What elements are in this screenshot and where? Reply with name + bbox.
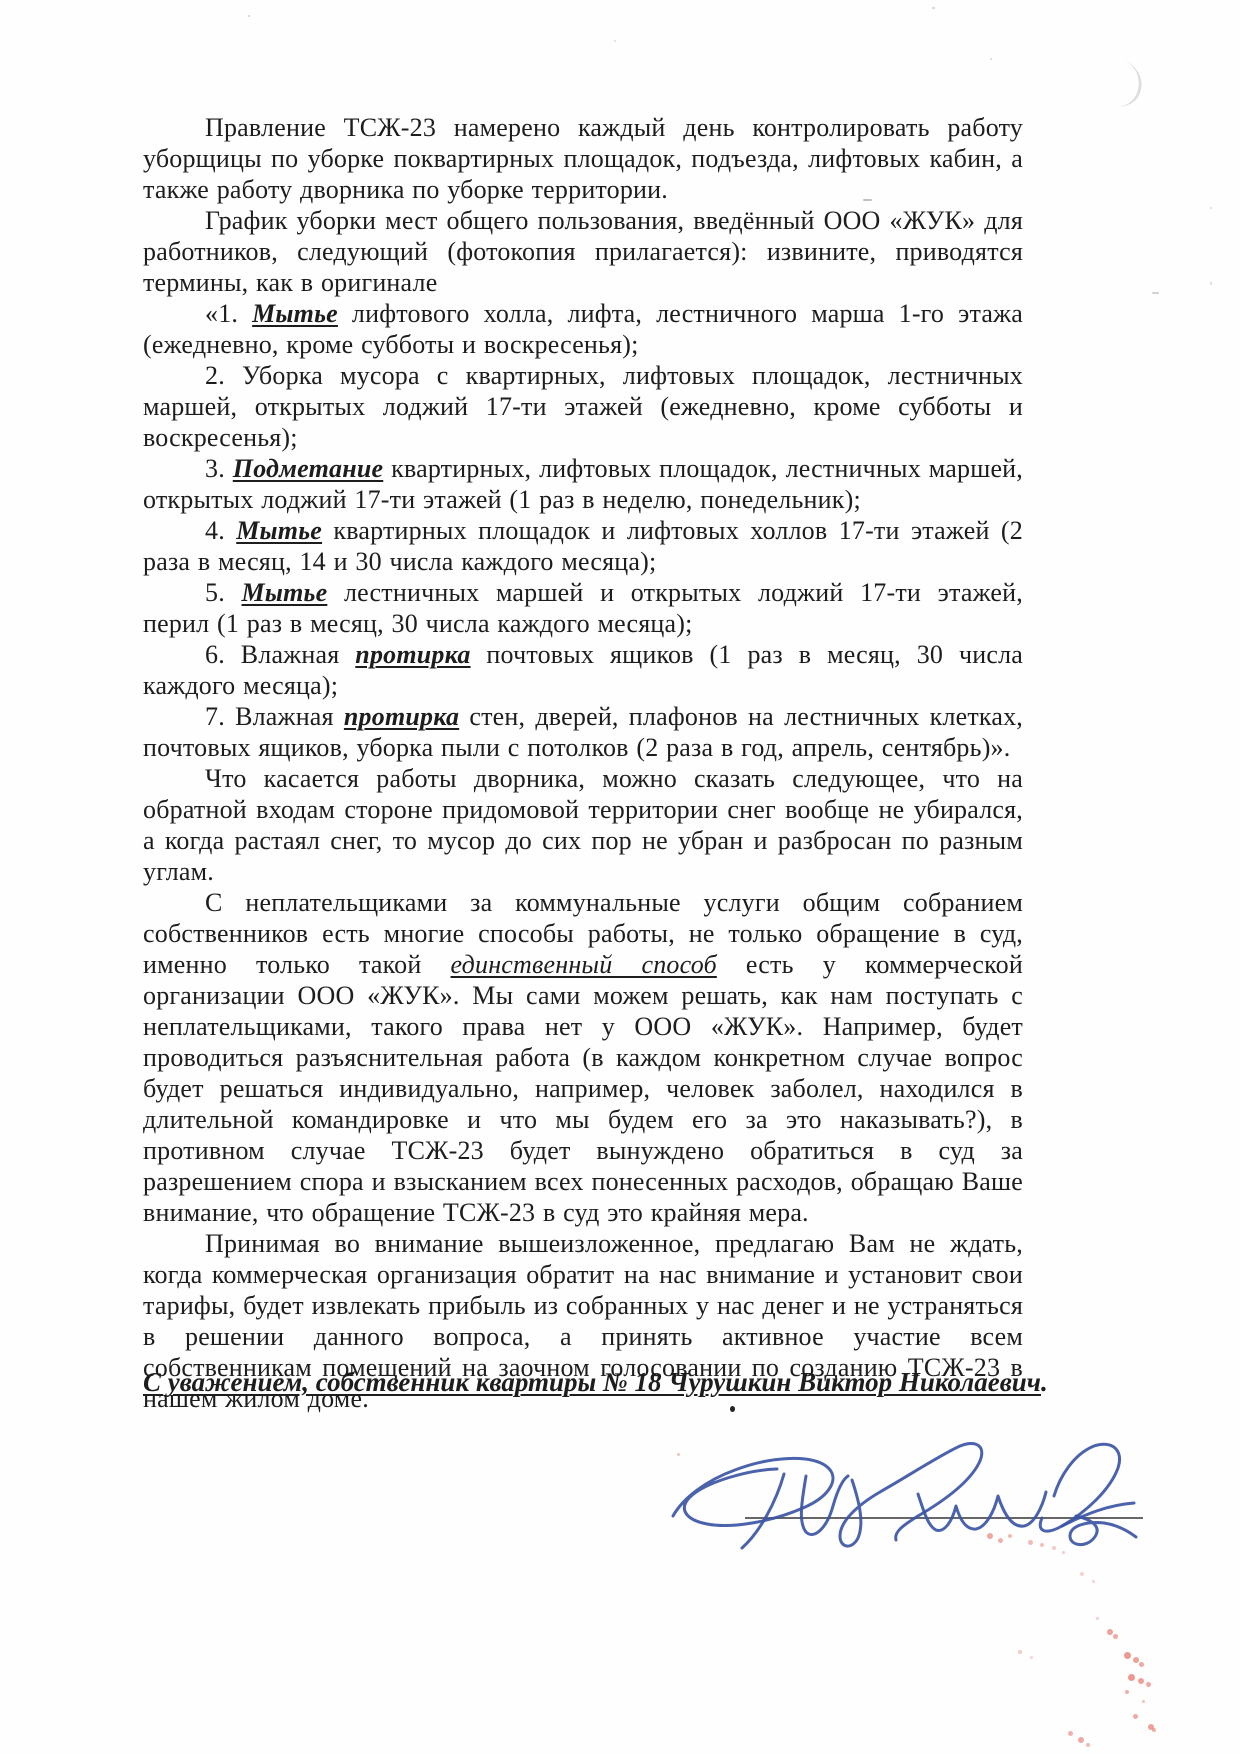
text-segment: протирка [355, 640, 470, 669]
stamp-speck [1052, 1546, 1056, 1550]
stamp-speck [1138, 1678, 1144, 1684]
stamp-speck [1068, 1731, 1073, 1736]
paragraph: График уборки мест общего пользования, в… [143, 205, 1023, 298]
stamp-speck [1078, 1737, 1084, 1743]
noise-speck [1210, 282, 1212, 285]
text-segment: 5. [205, 578, 242, 607]
text-segment: 6. Влажная [205, 640, 355, 669]
text-segment: Мытье [252, 299, 338, 328]
stamp-speck [1030, 1656, 1033, 1659]
text-segment: есть у коммерческой организации ООО «ЖУК… [143, 950, 1023, 1227]
stamp-speck [1080, 1572, 1084, 1576]
scanned-letter-page: Правление ТСЖ-23 намерено каждый день ко… [0, 0, 1240, 1754]
text-segment: С уважением, собственник квартиры № 18 Ч… [143, 1367, 1041, 1397]
text-segment: Мытье [236, 516, 322, 545]
stamp-speck [987, 1533, 993, 1539]
stamp-speck [1062, 1551, 1065, 1554]
paragraph: «1. Мытье лифтового холла, лифта, лестни… [143, 298, 1023, 360]
text-segment: Что касается работы дворника, можно сказ… [143, 764, 1023, 886]
text-segment: Мытье [242, 578, 328, 607]
text-segment: 7. Влажная [205, 702, 344, 731]
text-segment: Правление ТСЖ-23 намерено каждый день ко… [143, 113, 1023, 204]
stamp-speck [1133, 1714, 1138, 1719]
noise-speck [1210, 207, 1212, 209]
noise-speck [248, 15, 250, 17]
stamp-speck [1128, 1674, 1135, 1681]
stamp-speck [1124, 1652, 1131, 1659]
letter-body: Правление ТСЖ-23 намерено каждый день ко… [143, 112, 1023, 1414]
paragraph: 7. Влажная протирка стен, дверей, плафон… [143, 701, 1023, 763]
paragraph: С неплательщиками за коммунальные услуги… [143, 887, 1023, 1228]
paragraph: 4. Мытье квартирных площадок и лифтовых … [143, 515, 1023, 577]
stamp-speck [1133, 1657, 1139, 1663]
closing-line: С уважением, собственник квартиры № 18 Ч… [143, 1366, 1043, 1398]
text-segment: . [1041, 1367, 1048, 1397]
text-segment: 3. [205, 454, 233, 483]
noise-speck [614, 40, 616, 42]
noise-speck [932, 7, 935, 9]
stamp-speck [1096, 1617, 1099, 1620]
stamp-speck [1139, 1662, 1144, 1667]
text-segment: 2. Уборка мусора с квартирных, лифтовых … [143, 361, 1023, 452]
stamp-speck [1125, 1690, 1129, 1694]
stamp-speck [1142, 1700, 1145, 1703]
noise-speck [990, 58, 992, 60]
letter-paragraphs: Правление ТСЖ-23 намерено каждый день ко… [143, 112, 1023, 1414]
noise-speck [1152, 292, 1159, 294]
stamp-speck [1086, 1743, 1090, 1747]
text-segment: График уборки мест общего пользования, в… [143, 206, 1023, 297]
scan-smudge [1090, 55, 1147, 111]
stamp-speck [1113, 1634, 1118, 1639]
paragraph: 2. Уборка мусора с квартирных, лифтовых … [143, 360, 1023, 453]
stamp-speck [998, 1538, 1003, 1543]
stamp-speck [1107, 1629, 1113, 1635]
stamp-speck [677, 1453, 680, 1456]
text-segment: 4. [205, 516, 236, 545]
paragraph: Правление ТСЖ-23 намерено каждый день ко… [143, 112, 1023, 205]
signature-ink [655, 1436, 1147, 1570]
stamp-speck [1040, 1543, 1044, 1547]
stamp-speck [1008, 1534, 1012, 1538]
text-segment: протирка [344, 702, 459, 731]
text-segment: «1. [205, 299, 252, 328]
paragraph: 3. Подметание квартирных, лифтовых площа… [143, 453, 1023, 515]
stamp-speck [1028, 1540, 1033, 1545]
paragraph: Что касается работы дворника, можно сказ… [143, 763, 1023, 887]
paragraph: 5. Мытье лестничных маршей и открытых ло… [143, 577, 1023, 639]
stamp-speck [1092, 1580, 1095, 1583]
text-segment: Подметание [233, 454, 383, 483]
text-segment: единственный способ [451, 950, 717, 979]
stamp-speck [1146, 1682, 1151, 1687]
paragraph: 6. Влажная протирка почтовых ящиков (1 р… [143, 639, 1023, 701]
stray-ink-dot [730, 1406, 735, 1412]
stamp-speck [1018, 1650, 1022, 1654]
stamp-speck [1152, 1728, 1156, 1732]
